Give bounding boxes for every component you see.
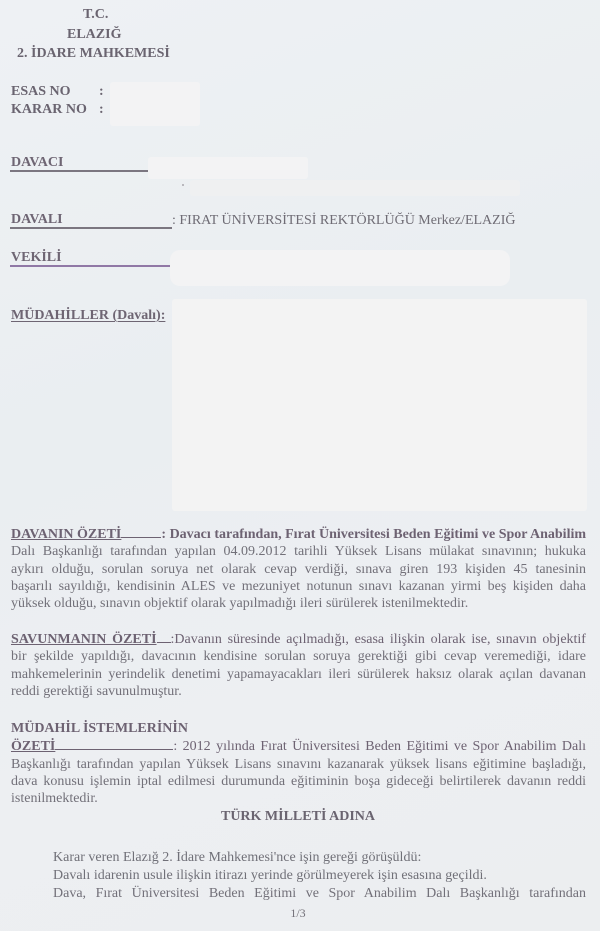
davanin-ozeti-line-3: başarılı sayıldığı, kendisinin ALES ve m… (11, 578, 586, 595)
savunmanin-ozeti-title-rule (157, 630, 171, 643)
savunmanin-ozeti-section: SAVUNMANIN ÖZETİ:Davanın süresinde açılm… (11, 630, 586, 700)
verdict-line-1: Davalı idarenin usule ilişkin itirazı ye… (53, 867, 487, 884)
davanin-ozeti-title-rule (121, 525, 161, 538)
davaci-label: DAVACI (11, 155, 63, 171)
savunmanin-ozeti-line-2: mahkemelerinin yerindelik denetimi yapam… (11, 666, 586, 683)
verdict-line-0: Karar veren Elazığ 2. İdare Mahkemesi'nc… (53, 849, 421, 866)
davali-underline (10, 227, 172, 229)
mudahil-istemleri-line-2: dava konusu işlemin iptal edilmesi durum… (11, 773, 586, 790)
davanin-ozeti-title: DAVANIN ÖZETİ (11, 527, 121, 542)
savunmanin-ozeti-line-1: bir şekilde yapıldığı, davacının kendisi… (11, 648, 586, 665)
davanin-ozeti-line-2: aykırı olduğu, sorulan soruya net olarak… (11, 561, 586, 578)
davanin-ozeti-line-0: : Davacı tarafından, Fırat Üniversitesi … (161, 527, 586, 542)
savunmanin-ozeti-line-3: reddi gerektiği savunulmuştur. (11, 683, 586, 700)
scan-speck (182, 184, 184, 186)
davanin-ozeti-line-1: Dalı Başkanlığı tarafından yapılan 04.09… (11, 543, 586, 560)
davanin-ozeti-line-4: yüksek olduğu, sınavın objektif olarak y… (11, 595, 586, 612)
mudahil-istemleri-line-0: : 2012 yılında Fırat Üniversitesi Beden … (173, 739, 586, 754)
mudahil-istemleri-title-rule (55, 737, 173, 750)
mudahil-istemleri-title-1: MÜDAHİL İSTEMLERİNİN (11, 720, 586, 737)
header-tc: T.C. (83, 7, 108, 23)
davaci-redaction (148, 157, 308, 179)
davaci-underline (10, 170, 150, 172)
davanin-ozeti-section: DAVANIN ÖZETİ: Davacı tarafından, Fırat … (11, 525, 586, 612)
mudahiller-label: MÜDAHİLLER (Davalı): (11, 308, 165, 324)
mudahil-istemleri-line-1: Başkanlığı tarafından yapılan Yüksek Lis… (11, 756, 586, 773)
esas-no-colon: : (99, 84, 104, 100)
davali-label: DAVALI (11, 212, 63, 228)
verdict-heading: TÜRK MİLLETİ ADINA (0, 809, 596, 825)
vekili-underline (10, 265, 170, 267)
vekili-redaction (170, 250, 510, 286)
esas-no-label: ESAS NO (11, 84, 71, 100)
davaci-address-redaction (190, 180, 520, 196)
mudahil-istemleri-title-2: ÖZETİ (11, 739, 55, 754)
header-city: ELAZIĞ (67, 27, 121, 43)
mudahil-istemleri-line-3: istenilmektedir. (11, 790, 586, 807)
savunmanin-ozeti-line-0: :Davanın süresinde açılmadığı, esasa ili… (171, 632, 586, 647)
verdict-line-2: Dava, Fırat Üniversitesi Beden Eğitimi v… (53, 885, 586, 902)
case-number-redaction (110, 82, 200, 126)
header-court-name: 2. İDARE MAHKEMESİ (17, 46, 170, 62)
savunmanin-ozeti-title: SAVUNMANIN ÖZETİ (11, 632, 157, 647)
davali-value: : FIRAT ÜNİVERSİTESİ REKTÖRLÜĞÜ Merkez/E… (172, 212, 515, 229)
mudahiller-redaction (172, 299, 587, 511)
verdict-line-2-wrap: Dava, Fırat Üniversitesi Beden Eğitimi v… (53, 885, 586, 902)
mudahil-istemleri-section: MÜDAHİL İSTEMLERİNİN ÖZETİ: 2012 yılında… (11, 720, 586, 807)
vekili-label: VEKİLİ (11, 250, 62, 266)
court-decision-page: { "header": { "line1": "T.C.", "line2": … (0, 0, 600, 931)
karar-no-label: KARAR NO (11, 102, 87, 118)
page-number: 1/3 (0, 906, 596, 921)
karar-no-colon: : (99, 102, 104, 118)
